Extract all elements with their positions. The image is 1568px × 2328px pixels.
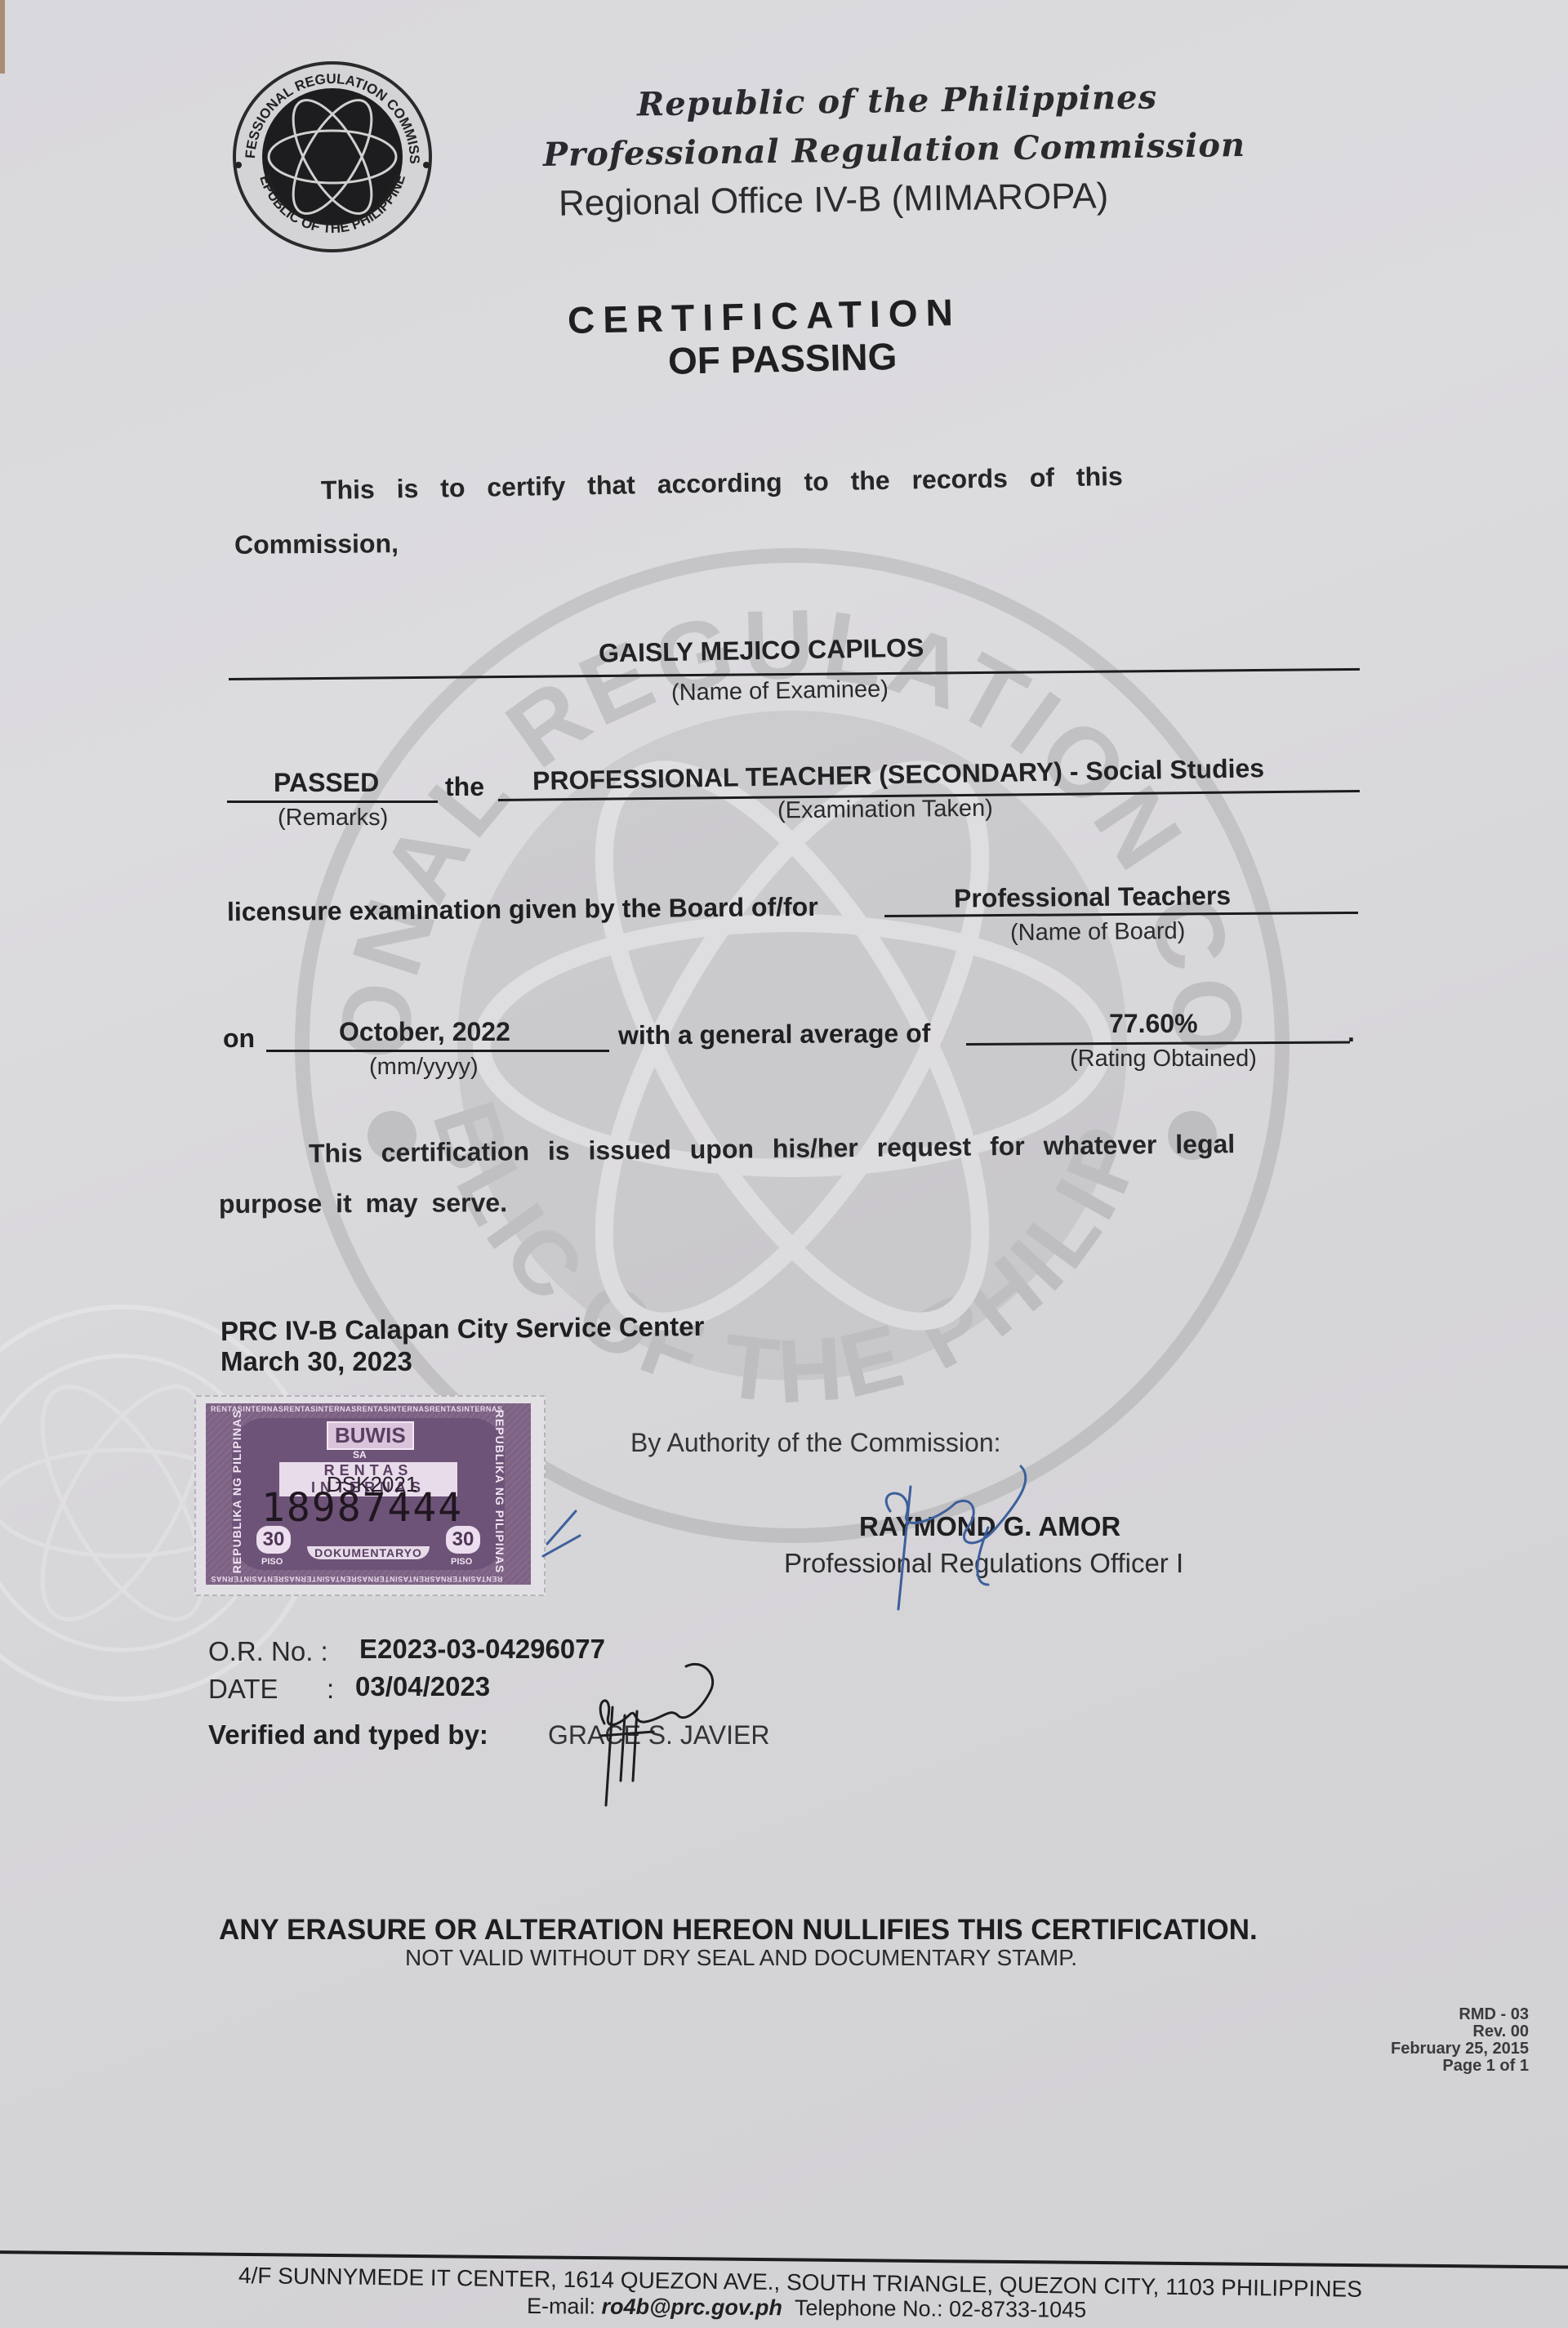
purpose-line-2: purpose it may serve. bbox=[219, 1188, 507, 1220]
footer-contact: E-mail: ro4b@prc.gov.ph Telephone No.: 0… bbox=[527, 2294, 1086, 2323]
header-commission: Professional Regulation Commission bbox=[543, 126, 1246, 174]
footer-phone-label: Telephone No.: bbox=[795, 2295, 943, 2321]
form-info: RMD - 03 Rev. 00 February 25, 2015 Page … bbox=[1391, 2006, 1529, 2075]
verified-by-value: GRACE S. JAVIER bbox=[548, 1720, 769, 1750]
exam-date-caption: (mm/yyyy) bbox=[369, 1054, 479, 1081]
board-value: Professional Teachers bbox=[954, 881, 1231, 914]
rating-value: 77.60% bbox=[1109, 1009, 1198, 1039]
purpose-line-1: This certification is issued upon his/he… bbox=[309, 1129, 1236, 1169]
stamp-buwis: BUWIS bbox=[327, 1421, 414, 1450]
or-number-label: O.R. No. : bbox=[208, 1636, 328, 1667]
intro-line-1: This is to certify that according to the… bbox=[321, 462, 1123, 506]
stamp-border-top: RENTASINTERNASRENTASINTERNASRENTASINTERN… bbox=[211, 1405, 502, 1413]
document-subtitle: OF PASSING bbox=[667, 334, 897, 383]
examinee-name: GAISLY MEJICO CAPILOS bbox=[599, 633, 924, 669]
documentary-stamp: RENTASINTERNASRENTASINTERNASRENTASINTERN… bbox=[206, 1403, 531, 1585]
stamp-value-left: 30 bbox=[256, 1526, 291, 1554]
intro-line-2: Commission, bbox=[234, 528, 399, 560]
footer-email[interactable]: ro4b@prc.gov.ph bbox=[601, 2295, 782, 2321]
examinee-caption: (Name of Examinee) bbox=[671, 676, 889, 707]
prc-seal-icon: PROFESSIONAL REGULATION COMMISSION REPUB… bbox=[230, 59, 434, 255]
stamp-side-right: REPUBLIKA NG PILIPINAS bbox=[493, 1410, 506, 1573]
remarks-caption: (Remarks) bbox=[278, 805, 388, 832]
stamp-unit-right: PISO bbox=[451, 1557, 472, 1567]
stamp-unit-left: PISO bbox=[261, 1557, 283, 1567]
form-date: February 25, 2015 bbox=[1391, 2040, 1529, 2058]
exam-date-value: October, 2022 bbox=[339, 1017, 510, 1047]
connector-the: the bbox=[445, 772, 484, 802]
examination-caption: (Examination Taken) bbox=[777, 796, 993, 825]
paper-edge bbox=[0, 0, 5, 74]
rating-caption: (Rating Obtained) bbox=[1070, 1046, 1257, 1073]
stamp-type: DOKUMENTARYO bbox=[307, 1546, 430, 1559]
stamp-side-left: REPUBLIKA NG PILIPINAS bbox=[230, 1410, 243, 1573]
rating-period: . bbox=[1347, 1018, 1355, 1048]
remarks-underline bbox=[227, 801, 438, 803]
warning-line-1: ANY ERASURE OR ALTERATION HEREON NULLIFI… bbox=[219, 1914, 1258, 1947]
or-number-value: E2023-03-04296077 bbox=[359, 1634, 605, 1665]
footer-email-label: E-mail: bbox=[527, 2294, 595, 2319]
warning-line-2: NOT VALID WITHOUT DRY SEAL AND DOCUMENTA… bbox=[405, 1945, 1077, 1971]
connector-on: on bbox=[223, 1024, 255, 1054]
authority-text: By Authority of the Commission: bbox=[630, 1428, 1001, 1458]
signatory-name: RAYMOND G. AMOR bbox=[859, 1511, 1120, 1542]
footer-divider bbox=[0, 2250, 1568, 2269]
service-center: PRC IV-B Calapan City Service Center bbox=[220, 1311, 705, 1347]
exam-date-underline bbox=[266, 1050, 609, 1052]
verified-by-label: Verified and typed by: bbox=[208, 1719, 488, 1750]
form-page: Page 1 of 1 bbox=[1391, 2058, 1529, 2075]
form-revision: Rev. 00 bbox=[1391, 2023, 1529, 2040]
footer-phone: 02-8733-1045 bbox=[949, 2297, 1086, 2322]
board-caption: (Name of Board) bbox=[1010, 918, 1186, 947]
receipt-date-value: 03/04/2023 bbox=[355, 1671, 490, 1702]
header-regional-office: Regional Office IV-B (MIMAROPA) bbox=[559, 176, 1109, 224]
issuance-date: March 30, 2023 bbox=[220, 1346, 412, 1377]
remarks-value: PASSED bbox=[274, 768, 379, 798]
average-text: with a general average of bbox=[618, 1019, 931, 1051]
form-code: RMD - 03 bbox=[1391, 2006, 1529, 2023]
stamp-sa: SA bbox=[353, 1449, 367, 1461]
receipt-date-label: DATE bbox=[208, 1674, 278, 1705]
stamp-serial-number: 18987444 bbox=[261, 1485, 463, 1531]
document-title: CERTIFICATION bbox=[567, 290, 961, 342]
signatory-position: Professional Regulations Officer I bbox=[784, 1548, 1183, 1579]
stamp-value-right: 30 bbox=[446, 1526, 480, 1554]
stamp-border-bottom: RENTASINTERNASRENTASINTERNASRENTASINTERN… bbox=[211, 1575, 502, 1583]
header-republic: Republic of the Philippines bbox=[637, 78, 1158, 124]
licensure-text: licensure examination given by the Board… bbox=[227, 892, 818, 927]
receipt-date-colon: : bbox=[327, 1674, 334, 1705]
examination-value: PROFESSIONAL TEACHER (SECONDARY) - Socia… bbox=[532, 753, 1265, 796]
